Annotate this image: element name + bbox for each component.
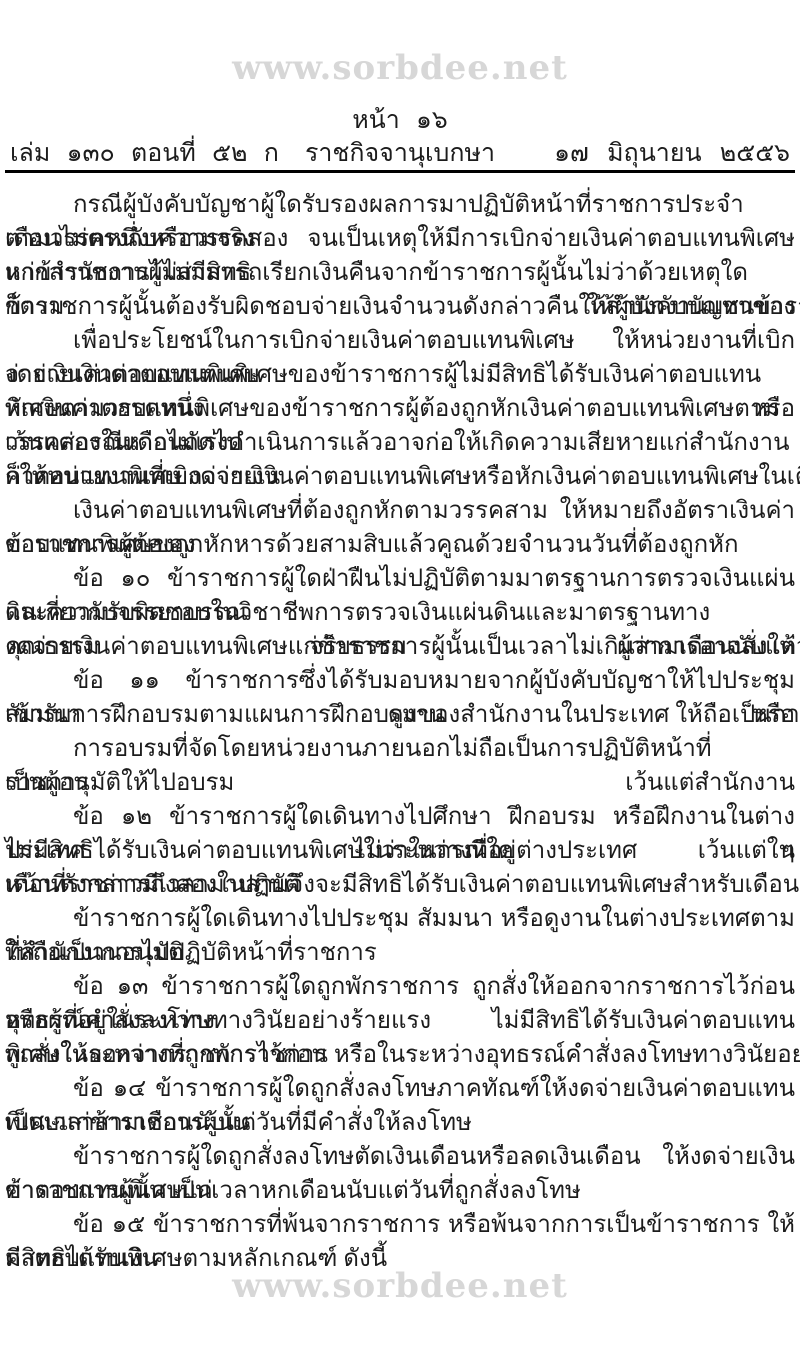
text-line: ข้อ ๑๐ ข้าราชการผู้ใดฝ่าฝืนไม่ปฏิบัติตาม… xyxy=(5,562,795,596)
paragraph: กรณีผู้บังคับบัญชาผู้ใดรับรองผลการมาปฏิบ… xyxy=(5,188,795,324)
paragraph: การอบรมที่จัดโดยหน่วยงานภายนอกไม่ถือเป็น… xyxy=(5,732,795,800)
text-line: ข้าราชการผู้นั้นต้องรับผิดชอบจ่ายเงินจำน… xyxy=(5,290,795,324)
header-divider-rule xyxy=(5,170,795,173)
watermark-top: www.sorbdee.net xyxy=(0,48,800,88)
document-page: www.sorbdee.net หน้า ๑๖ เล่ม ๑๓๐ ตอนที่ … xyxy=(0,0,800,1356)
text-line: เงินค่าตอบแทนพิเศษที่ต้องถูกหักตามวรรคสา… xyxy=(5,494,795,528)
text-line: ให้ถือเป็นการไปปฏิบัติหน้าที่ราชการ xyxy=(5,936,795,970)
paragraph: ข้าราชการผู้ใดเดินทางไปประชุม สัมมนา หรื… xyxy=(5,902,795,970)
text-line: ไม่มีสิทธิได้รับเงินค่าตอบแทนพิเศษในระหว… xyxy=(5,834,795,868)
text-line: การอบรมที่จัดโดยหน่วยงานภายนอกไม่ถือเป็น… xyxy=(5,732,795,766)
text-line: หน้าที่ราชการถึงสองในสามจึงจะมีสิทธิได้ร… xyxy=(5,868,795,902)
text-line: และความรับผิดชอบในวิชาชีพการตรวจเงินแผ่น… xyxy=(5,596,795,630)
paragraph: ข้อ ๑๐ ข้าราชการผู้ใดฝ่าฝืนไม่ปฏิบัติตาม… xyxy=(5,562,795,664)
paragraph: เงินค่าตอบแทนพิเศษที่ต้องถูกหักตามวรรคสา… xyxy=(5,494,795,562)
text-line: เข้ารับการฝึกอบรมตามแผนการฝึกอบรมของสำนั… xyxy=(5,698,795,732)
text-line: ข้อ ๑๓ ข้าราชการผู้ใดถูกพักราชการ ถูกสั่… xyxy=(5,970,795,1004)
text-line: ตามวรรคหนึ่งหรือวรรคสอง จนเป็นเหตุให้มีก… xyxy=(5,222,795,256)
text-line: ค่าตอบแทนพิเศษ งดจ่ายเงินค่าตอบแทนพิเศษห… xyxy=(5,460,795,494)
text-line: เพื่อประโยชน์ในการเบิกจ่ายเงินค่าตอบแทนพ… xyxy=(5,324,795,358)
text-line: ข้าราชการผู้ต้องถูกหักหารด้วยสามสิบแล้วค… xyxy=(5,528,795,562)
text-line: ข้อ ๑๑ ข้าราชการซึ่งได้รับมอบหมายจากผู้บ… xyxy=(5,664,795,698)
text-line: ค่าตอบแทนพิเศษตามหลักเกณฑ์ ดังนี้ xyxy=(5,1242,795,1276)
text-line: หากสำนักงานไม่สามารถเรียกเงินคืนจากข้ารา… xyxy=(5,256,795,290)
text-line: ข้อ ๑๕ ข้าราชการที่พ้นจากราชการ หรือพ้นจ… xyxy=(5,1208,795,1242)
text-line: ข้าราชการผู้นั้น เป็นเวลาหกเดือนนับแต่วั… xyxy=(5,1174,795,1208)
paragraph: ข้อ ๑๔ ข้าราชการผู้ใดถูกสั่งลงโทษภาคทัณฑ… xyxy=(5,1072,795,1140)
text-line: หักเงินค่าตอบแทนพิเศษของข้าราชการผู้ต้อง… xyxy=(5,392,795,426)
text-line: ข้อ ๑๔ ข้าราชการผู้ใดถูกสั่งลงโทษภาคทัณฑ… xyxy=(5,1072,795,1106)
text-line: ข้อ ๑๒ ข้าราชการผู้ใดเดินทางไปศึกษา ฝึกอ… xyxy=(5,800,795,834)
document-body: กรณีผู้บังคับบัญชาผู้ใดรับรองผลการมาปฏิบ… xyxy=(5,188,795,1276)
paragraph: ข้อ ๑๑ ข้าราชการซึ่งได้รับมอบหมายจากผู้บ… xyxy=(5,664,795,732)
text-line: งดจ่ายเงินค่าตอบแทนพิเศษของข้าราชการผู้ไ… xyxy=(5,358,795,392)
paragraph: ข้อ ๑๕ ข้าราชการที่พ้นจากราชการ หรือพ้นจ… xyxy=(5,1208,795,1276)
text-line: ถูกสั่งให้ออกจากราชการไว้ก่อน หรือในระหว… xyxy=(5,1038,795,1072)
text-line: งดจ่ายเงินค่าตอบแทนพิเศษแก่ข้าราชการผู้น… xyxy=(5,630,795,664)
text-line: เป็นเวลาสามเดือนนับแต่วันที่มีคำสั่งให้ล… xyxy=(5,1106,795,1140)
publication-date: ๑๗ มิถุนายน ๒๕๕๖ xyxy=(554,133,790,173)
header-row: เล่ม ๑๓๐ ตอนที่ ๕๒ ก ราชกิจจานุเบกษา ๑๗ … xyxy=(6,133,794,167)
text-line: ข้าราชการผู้ใดถูกสั่งลงโทษตัดเงินเดือนหร… xyxy=(5,1140,795,1174)
paragraph: เพื่อประโยชน์ในการเบิกจ่ายเงินค่าตอบแทนพ… xyxy=(5,324,795,494)
text-line: อุทธรณ์คำสั่งลงโทษทางวินัยอย่างร้ายแรง ไ… xyxy=(5,1004,795,1038)
paragraph: ข้าราชการผู้ใดถูกสั่งลงโทษตัดเงินเดือนหร… xyxy=(5,1140,795,1208)
paragraph: ข้อ ๑๓ ข้าราชการผู้ใดถูกพักราชการ ถูกสั่… xyxy=(5,970,795,1072)
text-line: ข้าราชการผู้ใดเดินทางไปประชุม สัมมนา หรื… xyxy=(5,902,795,936)
paragraph: ข้อ ๑๒ ข้าราชการผู้ใดเดินทางไปศึกษา ฝึกอ… xyxy=(5,800,795,902)
text-line: กรณีผู้บังคับบัญชาผู้ใดรับรองผลการมาปฏิบ… xyxy=(5,188,795,222)
text-line: เว้นแต่กรณีหากไม่เร่งดำเนินการแล้วอาจก่อ… xyxy=(5,426,795,460)
